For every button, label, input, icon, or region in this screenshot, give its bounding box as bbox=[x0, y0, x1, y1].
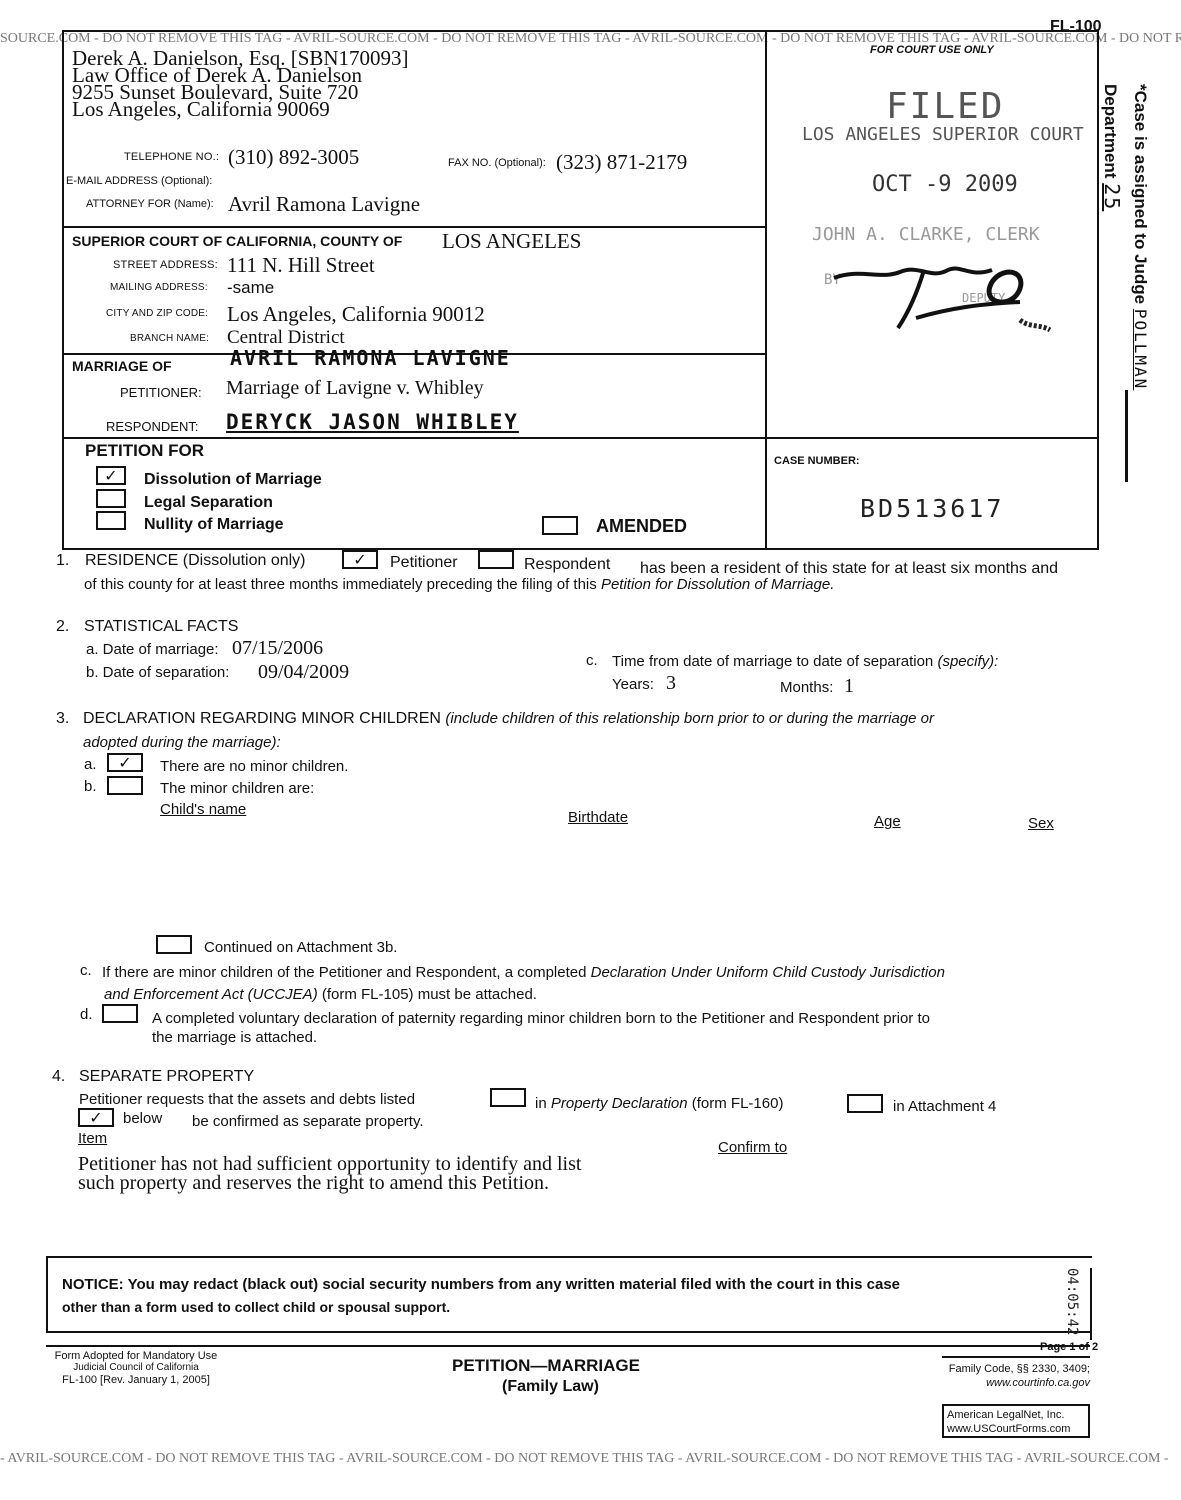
watermark-top: SOURCE.COM - DO NOT REMOVE THIS TAG - AV… bbox=[0, 31, 1181, 47]
court-county: LOS ANGELES bbox=[442, 229, 581, 254]
page-indicator: Page 1 of 2 bbox=[1040, 1341, 1098, 1353]
fax-label: FAX NO. (Optional): bbox=[448, 157, 546, 169]
stamp-date: OCT -9 2009 bbox=[872, 172, 1018, 197]
page-underline bbox=[942, 1356, 1090, 1358]
petitioner-label: PETITIONER: bbox=[120, 385, 202, 400]
col-childs-name: Child's name bbox=[160, 801, 246, 818]
residence-text-b-italic: Petition for Dissolution of Marriage. bbox=[601, 576, 834, 593]
section4-number: 4. bbox=[52, 1068, 65, 1086]
amended-label: AMENDED bbox=[596, 516, 687, 537]
checkbox-attachment-4[interactable] bbox=[847, 1094, 883, 1113]
residence-text-b: of this county for at least three months… bbox=[84, 576, 834, 593]
case-number-value: BD513617 bbox=[860, 494, 1004, 523]
vendor-name: American LegalNet, Inc. bbox=[947, 1408, 1085, 1422]
notice-bottom-border bbox=[46, 1331, 1092, 1333]
time-from-marriage-letter: c. bbox=[586, 652, 598, 669]
footer-top-border bbox=[46, 1345, 1090, 1347]
opt1-italic: Property Declaration bbox=[551, 1095, 688, 1112]
residence-respondent-label: Respondent bbox=[524, 556, 610, 574]
section2-title: STATISTICAL FACTS bbox=[84, 618, 238, 636]
col-birthdate: Birthdate bbox=[568, 809, 628, 826]
section3-heading: DECLARATION REGARDING MINOR CHILDREN (in… bbox=[83, 710, 934, 728]
section3-b-letter: b. bbox=[84, 778, 97, 795]
mailing-label: MAILING ADDRESS: bbox=[110, 282, 208, 293]
petitioner-value: Marriage of Lavigne v. Whibley bbox=[226, 377, 484, 400]
adopted-line1: Form Adopted for Mandatory Use bbox=[46, 1350, 226, 1362]
adopted-line3: FL-100 [Rev. January 1, 2005] bbox=[46, 1374, 226, 1386]
frame-bottom bbox=[62, 548, 1099, 550]
city-value: Los Angeles, California 90012 bbox=[227, 302, 485, 327]
branch-label: BRANCH NAME: bbox=[130, 333, 209, 344]
assignment-label: *Case is assigned to Judge bbox=[1131, 84, 1150, 304]
months-label: Months: bbox=[780, 679, 833, 696]
street-value: 111 N. Hill Street bbox=[227, 253, 375, 278]
separate-property-text1: Petitioner requests that the assets and … bbox=[79, 1091, 415, 1108]
street-label: STREET ADDRESS: bbox=[113, 259, 218, 271]
frame-right bbox=[1097, 30, 1099, 550]
minor-children-label: The minor children are: bbox=[160, 780, 314, 797]
date-of-marriage-label: a. Date of marriage: bbox=[86, 641, 219, 658]
section3-c-line2: and Enforcement Act (UCCJEA) (form FL-10… bbox=[104, 986, 537, 1003]
below-label: below bbox=[123, 1110, 162, 1127]
telephone-value: (310) 892-3005 bbox=[228, 145, 359, 170]
checkbox-dissolution[interactable]: ✓ bbox=[96, 466, 126, 485]
vendor-url[interactable]: www.USCourtForms.com bbox=[947, 1422, 1085, 1436]
checkbox-paternity[interactable] bbox=[102, 1004, 138, 1023]
checkbox-minor-children[interactable] bbox=[107, 776, 143, 795]
notice-line2: other than a form used to collect child … bbox=[62, 1299, 450, 1315]
section1-number: 1. bbox=[56, 552, 69, 570]
checkbox-no-minor-children[interactable]: ✓ bbox=[107, 753, 143, 772]
stamp-court: LOS ANGELES SUPERIOR COURT bbox=[802, 124, 1084, 145]
property-item: Petitioner has not had sufficient opport… bbox=[78, 1155, 581, 1193]
uccjea-text1: If there are minor children of the Petit… bbox=[102, 964, 586, 981]
court-use-label: FOR COURT USE ONLY bbox=[870, 44, 994, 56]
checkbox-continued-3b[interactable] bbox=[156, 935, 192, 954]
section2-number: 2. bbox=[56, 618, 69, 636]
option-dissolution: Dissolution of Marriage bbox=[144, 471, 322, 489]
section3-c-line1: If there are minor children of the Petit… bbox=[102, 964, 945, 981]
form-id: FL-100 bbox=[1050, 18, 1102, 36]
months-value: 1 bbox=[844, 675, 854, 698]
petition-for-heading: PETITION FOR bbox=[85, 441, 204, 461]
vendor-box: American LegalNet, Inc. www.USCourtForms… bbox=[942, 1404, 1090, 1438]
notice-line1: NOTICE: You may redact (black out) socia… bbox=[62, 1276, 900, 1293]
watermark-bottom: - AVRIL-SOURCE.COM - DO NOT REMOVE THIS … bbox=[0, 1451, 1169, 1467]
stamp-filed: FILED bbox=[886, 86, 1004, 127]
department-text: Department 25 bbox=[1100, 84, 1124, 211]
uccjea-italic1: Declaration Under Uniform Child Custody … bbox=[591, 964, 945, 981]
marriage-of-label: MARRIAGE OF bbox=[72, 358, 172, 374]
case-number-label: CASE NUMBER: bbox=[774, 455, 860, 467]
attorney-block: Derek A. Danielson, Esq. [SBN170093] Law… bbox=[72, 50, 409, 118]
date-of-separation-value: 09/04/2009 bbox=[258, 661, 349, 684]
department-value: 25 bbox=[1100, 183, 1124, 211]
family-code: Family Code, §§ 2330, 3409; bbox=[942, 1362, 1090, 1376]
section3-title: DECLARATION REGARDING MINOR CHILDREN bbox=[83, 710, 441, 727]
section1-title: RESIDENCE (Dissolution only) bbox=[85, 552, 306, 570]
side-time-stamp: 04:05:42 bbox=[1064, 1268, 1080, 1335]
footer-title: PETITION—MARRIAGE bbox=[452, 1356, 640, 1376]
uccjea-italic2: and Enforcement Act (UCCJEA) bbox=[104, 986, 318, 1003]
courtinfo-link[interactable]: www.courtinfo.ca.gov bbox=[942, 1376, 1090, 1390]
department-underline bbox=[1125, 390, 1128, 482]
frame-top bbox=[62, 30, 1097, 32]
footer-adopted: Form Adopted for Mandatory Use Judicial … bbox=[46, 1350, 226, 1386]
col-confirm-to: Confirm to bbox=[718, 1139, 787, 1156]
court-title-label: SUPERIOR COURT OF CALIFORNIA, COUNTY OF bbox=[72, 233, 402, 249]
notice-text1: You may redact (black out) social securi… bbox=[128, 1276, 900, 1293]
years-label: Years: bbox=[612, 676, 654, 693]
paternity-line2: the marriage is attached. bbox=[152, 1029, 317, 1046]
frame-left bbox=[62, 30, 64, 550]
checkbox-property-declaration[interactable] bbox=[490, 1088, 526, 1107]
option-nullity: Nullity of Marriage bbox=[144, 516, 284, 534]
respondent-label: RESPONDENT: bbox=[106, 419, 198, 434]
date-of-marriage-value: 07/15/2006 bbox=[232, 637, 323, 660]
section3-c-letter: c. bbox=[80, 962, 92, 979]
col-sex: Sex bbox=[1028, 815, 1054, 832]
frame-middle bbox=[765, 30, 767, 550]
frame-attorney-bottom bbox=[62, 226, 767, 228]
signature-icon bbox=[820, 250, 1060, 350]
property-declaration-label: in Property Declaration (form FL-160) bbox=[535, 1095, 783, 1112]
option-legal-separation: Legal Separation bbox=[144, 494, 273, 512]
checkbox-legal-separation[interactable] bbox=[96, 489, 126, 508]
checkbox-residence-petitioner[interactable]: ✓ bbox=[342, 550, 378, 569]
time-from-marriage-specify: (specify): bbox=[937, 653, 998, 670]
date-of-separation-label: b. Date of separation: bbox=[86, 664, 229, 681]
city-label: CITY AND ZIP CODE: bbox=[106, 308, 208, 319]
respondent-handwritten: DERYCK JASON WHIBLEY bbox=[226, 410, 519, 434]
attachment-4-label: in Attachment 4 bbox=[893, 1098, 996, 1115]
assignment-judge: POLLMAN bbox=[1131, 309, 1150, 390]
section3-title-italic: (include children of this relationship b… bbox=[445, 710, 934, 727]
assignment-text: *Case is assigned to Judge POLLMAN bbox=[1130, 84, 1150, 390]
continued-3b-label: Continued on Attachment 3b. bbox=[204, 939, 397, 956]
footer-code: Family Code, §§ 2330, 3409; www.courtinf… bbox=[942, 1362, 1090, 1390]
section4-title: SEPARATE PROPERTY bbox=[79, 1068, 254, 1086]
opt1-prefix: in bbox=[535, 1095, 547, 1112]
paternity-line1: A completed voluntary declaration of pat… bbox=[152, 1010, 930, 1027]
time-from-marriage-label: Time from date of marriage to date of se… bbox=[612, 653, 998, 670]
notice-right-border bbox=[1090, 1268, 1092, 1340]
attorney-city: Los Angeles, California 90069 bbox=[72, 101, 409, 118]
years-value: 3 bbox=[666, 672, 676, 695]
checkbox-below[interactable]: ✓ bbox=[78, 1108, 114, 1127]
notice-prefix: NOTICE: bbox=[62, 1276, 124, 1293]
stamp-clerk: JOHN A. CLARKE, CLERK bbox=[812, 224, 1040, 245]
section3-a-letter: a. bbox=[84, 756, 97, 773]
property-item-line2: such property and reserves the right to … bbox=[78, 1174, 581, 1193]
confirmed-text: be confirmed as separate property. bbox=[192, 1113, 424, 1130]
mailing-value: -same bbox=[227, 278, 274, 298]
marriage-of-handwritten: AVRIL RAMONA LAVIGNE bbox=[230, 346, 511, 370]
residence-text-b-plain: of this county for at least three months… bbox=[84, 576, 597, 593]
time-from-marriage-text: Time from date of marriage to date of se… bbox=[612, 653, 933, 670]
opt1-suffix: (form FL-160) bbox=[692, 1095, 784, 1112]
section3-d-letter: d. bbox=[80, 1006, 93, 1023]
residence-petitioner-label: Petitioner bbox=[390, 554, 458, 572]
email-label: E-MAIL ADDRESS (Optional): bbox=[66, 175, 212, 187]
fax-value: (323) 871-2179 bbox=[556, 150, 687, 175]
checkbox-amended[interactable] bbox=[542, 516, 578, 535]
col-age: Age bbox=[874, 813, 901, 830]
attorney-for-value: Avril Ramona Lavigne bbox=[228, 192, 420, 217]
telephone-label: TELEPHONE NO.: bbox=[124, 151, 219, 163]
notice-left-border bbox=[46, 1256, 48, 1332]
section3-number: 3. bbox=[56, 710, 69, 728]
notice-top-border bbox=[46, 1256, 1092, 1258]
col-item: Item bbox=[78, 1130, 107, 1147]
footer-subtitle: (Family Law) bbox=[502, 1378, 599, 1396]
checkbox-residence-respondent[interactable] bbox=[478, 550, 514, 569]
checkbox-nullity[interactable] bbox=[96, 511, 126, 530]
frame-parties-bottom bbox=[62, 437, 1099, 439]
uccjea-text2: (form FL-105) must be attached. bbox=[322, 986, 537, 1003]
no-minor-children-label: There are no minor children. bbox=[160, 758, 348, 775]
department-label: Department bbox=[1101, 84, 1120, 178]
adopted-line2: Judicial Council of California bbox=[46, 1362, 226, 1374]
section3-title-italic2: adopted during the marriage): bbox=[83, 734, 281, 751]
attorney-for-label: ATTORNEY FOR (Name): bbox=[86, 198, 214, 210]
